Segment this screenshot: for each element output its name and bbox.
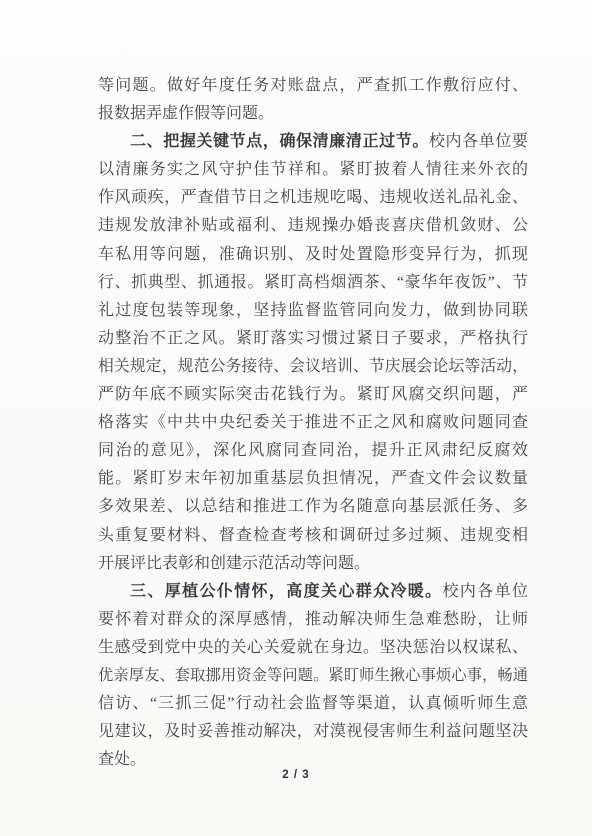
text-line: 严防年底不顾实际突击花钱行为。紧盯风腐交织问题，严 xyxy=(98,381,528,409)
text-line: 优亲厚友、套取挪用资金等问题。紧盯师生揪心事烦心事，畅通 xyxy=(98,662,528,690)
text-line: 礼过度包装等现象，坚持监督监管同向发力，做到协同联 xyxy=(98,297,528,325)
text-line-content: 作风顽疾，严查借节日之机违规吃喝、违规收送礼品礼金、 xyxy=(98,189,528,206)
text-line-content: 生感受到党中央的关心关爱就在身边。坚决惩治以权谋私、 xyxy=(98,639,528,656)
text-line-content: 见建议，及时妥善推动解决，对漠视侵害师生利益问题坚决 xyxy=(98,723,528,740)
document-page: 等问题。做好年度任务对账盘点，严查抓工作敷衍应付、报数据弄虚作假等问题。二、把握… xyxy=(0,0,592,836)
text-line: 同治的意见》，深化风腐同查同治，提升正风肃纪反腐效 xyxy=(98,437,528,465)
text-line-content: 行、抓典型、抓通报。紧盯高档烟酒茶、“豪华年夜饭”、节 xyxy=(98,274,528,291)
text-line: 要怀着对群众的深厚感情，推动解决师生急难愁盼，让师 xyxy=(98,606,528,634)
text-line-content: 报数据弄虚作假等问题。 xyxy=(98,105,274,122)
text-line: 违规发放津补贴或福利、违规操办婚丧喜庆借机敛财、公 xyxy=(98,212,528,240)
text-line-content: 信访、“三抓三促”行动社会监督等渠道，认真倾听师生意 xyxy=(98,695,528,712)
text-line: 开展评比表彰和创建示范活动等问题。 xyxy=(98,550,528,578)
text-line-content: 开展评比表彰和创建示范活动等问题。 xyxy=(98,555,370,572)
text-line: 见建议，及时妥善推动解决，对漠视侵害师生利益问题坚决 xyxy=(98,718,528,746)
text-line: 头重复要材料、督查检查考核和调研过多过频、违规变相 xyxy=(98,522,528,550)
text-line: 信访、“三抓三促”行动社会监督等渠道，认真倾听师生意 xyxy=(98,690,528,718)
page-number: 2 / 3 xyxy=(0,769,592,781)
text-line: 行、抓典型、抓通报。紧盯高档烟酒茶、“豪华年夜饭”、节 xyxy=(98,269,528,297)
text-line: 等问题。做好年度任务对账盘点，严查抓工作敷衍应付、 xyxy=(98,72,528,100)
text-line: 以清廉务实之风守护佳节祥和。紧盯披着人情往来外衣的 xyxy=(98,156,528,184)
text-line: 作风顽疾，严查借节日之机违规吃喝、违规收送礼品礼金、 xyxy=(98,184,528,212)
text-line-content: 相关规定，规范公务接待、会议培训、节庆展会论坛等活动， xyxy=(98,358,528,375)
text-line-content: 校内各单位 xyxy=(443,583,528,600)
text-line-content: 以清廉务实之风守护佳节祥和。紧盯披着人情往来外衣的 xyxy=(98,161,528,178)
text-line-content: 等问题。做好年度任务对账盘点，严查抓工作敷衍应付、 xyxy=(98,77,528,94)
text-line: 三、厚植公仆情怀，高度关心群众冷暖。校内各单位 xyxy=(98,578,528,606)
text-line: 报数据弄虚作假等问题。 xyxy=(98,100,528,128)
text-line-content: 严防年底不顾实际突击花钱行为。紧盯风腐交织问题，严 xyxy=(98,386,528,403)
text-line: 相关规定，规范公务接待、会议培训、节庆展会论坛等活动， xyxy=(98,353,528,381)
text-line-content: 能。紧盯岁末年初加重基层负担情况，严查文件会议数量 xyxy=(98,470,528,487)
section-heading: 二、把握关键节点，确保清廉清正过节。 xyxy=(130,133,429,150)
text-line-content: 格落实《中共中央纪委关于推进不正之风和腐败问题同查 xyxy=(98,414,528,431)
document-body: 等问题。做好年度任务对账盘点，严查抓工作敷衍应付、报数据弄虚作假等问题。二、把握… xyxy=(98,72,528,774)
text-line: 车私用等问题，准确识别、及时处置隐形变异行为，抓现 xyxy=(98,241,528,269)
section-heading: 三、厚植公仆情怀，高度关心群众冷暖。 xyxy=(130,583,443,600)
text-line-content: 查处。 xyxy=(98,751,146,768)
text-line-content: 礼过度包装等现象，坚持监督监管同向发力，做到协同联 xyxy=(98,302,528,319)
text-line: 格落实《中共中央纪委关于推进不正之风和腐败问题同查 xyxy=(98,409,528,437)
text-line-content: 优亲厚友、套取挪用资金等问题。紧盯师生揪心事烦心事，畅通 xyxy=(98,667,528,684)
text-line-content: 违规发放津补贴或福利、违规操办婚丧喜庆借机敛财、公 xyxy=(98,217,528,234)
text-line-content: 要怀着对群众的深厚感情，推动解决师生急难愁盼，让师 xyxy=(98,611,528,628)
text-line: 能。紧盯岁末年初加重基层负担情况，严查文件会议数量 xyxy=(98,465,528,493)
text-line: 多效果差、以总结和推进工作为名随意向基层派任务、多 xyxy=(98,493,528,521)
text-line: 生感受到党中央的关心关爱就在身边。坚决惩治以权谋私、 xyxy=(98,634,528,662)
text-line-content: 头重复要材料、督查检查考核和调研过多过频、违规变相 xyxy=(98,527,528,544)
text-line-content: 同治的意见》，深化风腐同查同治，提升正风肃纪反腐效 xyxy=(98,442,528,459)
text-line: 二、把握关键节点，确保清廉清正过节。校内各单位要 xyxy=(98,128,528,156)
text-line: 动整治不正之风。紧盯落实习惯过紧日子要求，严格执行 xyxy=(98,325,528,353)
text-line-content: 校内各单位要 xyxy=(429,133,528,150)
text-line-content: 车私用等问题，准确识别、及时处置隐形变异行为，抓现 xyxy=(98,246,528,263)
text-line-content: 多效果差、以总结和推进工作为名随意向基层派任务、多 xyxy=(98,498,528,515)
text-line-content: 动整治不正之风。紧盯落实习惯过紧日子要求，严格执行 xyxy=(98,330,528,347)
